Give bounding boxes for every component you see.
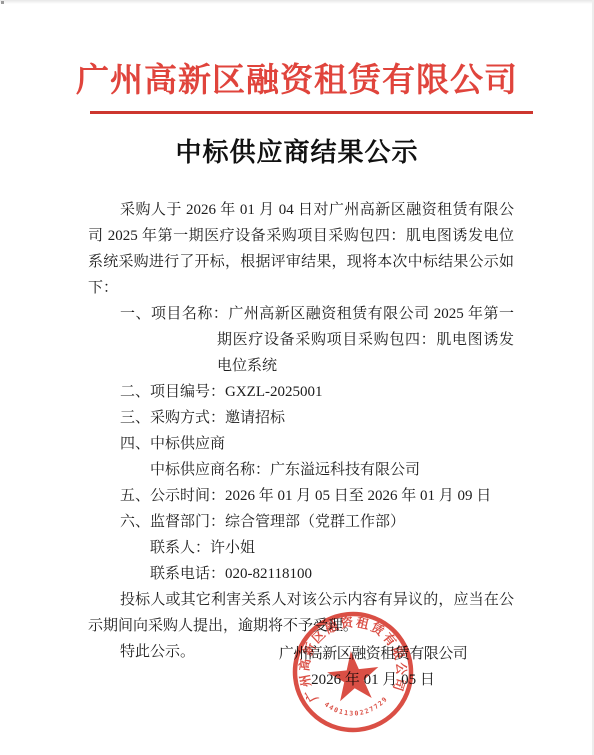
item-winning-supplier-heading: 四、中标供应商 bbox=[88, 431, 514, 457]
scan-corner-artifact bbox=[1, 1, 4, 4]
item-project-number: 二、项目编号：GXZL-2025001 bbox=[88, 379, 514, 405]
scan-edge-top bbox=[0, 0, 594, 4]
star-icon bbox=[325, 648, 381, 702]
intro-paragraph: 采购人于 2026 年 01 月 04 日对广州高新区融资租赁有限公司 2025… bbox=[88, 197, 514, 301]
item-publicity-period: 五、公示时间：2026 年 01 月 05 日至 2026 年 01 月 09 … bbox=[88, 483, 514, 509]
contact-person-line: 联系人：许小姐 bbox=[88, 535, 514, 561]
contact-phone-line: 联系电话：020-82118100 bbox=[88, 561, 514, 587]
letterhead-divider bbox=[90, 111, 533, 114]
document-title: 中标供应商结果公示 bbox=[0, 132, 594, 169]
company-seal-stamp: 广州高新区融资租赁有限公司 4401130227729 bbox=[274, 593, 432, 751]
letterhead-company-name: 广州高新区融资租赁有限公司 bbox=[0, 54, 594, 101]
winning-supplier-name: 中标供应商名称：广东溢远科技有限公司 bbox=[88, 457, 514, 483]
item-procurement-method: 三、采购方式：邀请招标 bbox=[88, 405, 514, 431]
announcement-document: 广州高新区融资租赁有限公司 中标供应商结果公示 采购人于 2026 年 01 月… bbox=[0, 0, 594, 755]
seal-number-arc-text: 4401130227729 bbox=[322, 694, 391, 721]
document-body: 采购人于 2026 年 01 月 04 日对广州高新区融资租赁有限公司 2025… bbox=[88, 197, 514, 665]
item-supervision-department: 六、监督部门：综合管理部（党群工作部） bbox=[88, 509, 514, 535]
item-project-name: 一、项目名称：广州高新区融资租赁有限公司 2025 年第一期医疗设备采购项目采购… bbox=[88, 301, 514, 379]
